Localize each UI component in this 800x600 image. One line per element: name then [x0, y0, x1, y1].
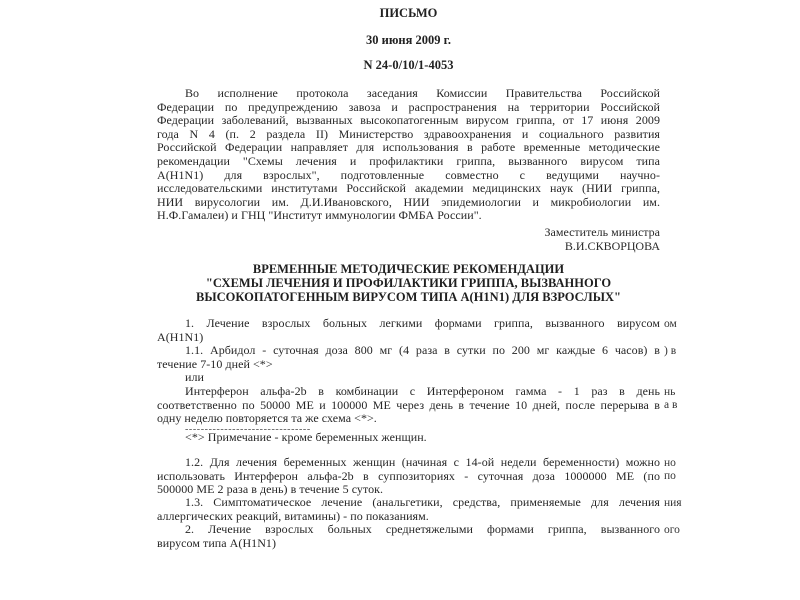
section-line: использовать Интерферон альфа-2b в суппо…	[157, 470, 660, 484]
section-line: 1. Лечение взрослых больных легкими форм…	[157, 317, 660, 331]
title-line: ВРЕМЕННЫЕ МЕТОДИЧЕСКИЕ РЕКОМЕНДАЦИИ	[157, 262, 660, 276]
intro-line: A(H1N1) для взрослых", подготовленные со…	[157, 169, 660, 183]
or-label: или	[157, 371, 660, 385]
overflow-fragment: по	[664, 470, 676, 482]
interferon-paragraph: Интерферон альфа-2b в комбинации с Интер…	[157, 385, 660, 426]
intro-line: Во исполнение протокола заседания Комисс…	[157, 87, 660, 101]
title-line: "СХЕМЫ ЛЕЧЕНИЯ И ПРОФИЛАКТИКИ ГРИППА, ВЫ…	[157, 276, 660, 290]
section-line: 1.1. Арбидол - суточная доза 800 мг (4 р…	[157, 344, 660, 358]
signature-position: Заместитель министра	[157, 226, 660, 240]
intro-line: Федерации по предупреждению завоза и рас…	[157, 101, 660, 115]
intro-line: Федерации заболеваний, вызванных высокоп…	[157, 114, 660, 128]
section-line: течение 7-10 дней <*>	[157, 358, 660, 372]
intro-line: НИИ вирусологии им. Д.И.Ивановского, НИИ…	[157, 196, 660, 210]
overflow-fragment: а в	[664, 399, 677, 411]
overflow-fragment: ого	[664, 524, 680, 536]
title-line: ВЫСОКОПАТОГЕННЫМ ВИРУСОМ ТИПА A(H1N1) ДЛ…	[157, 290, 660, 304]
section-line: 1.3. Симптоматическое лечение (анальгети…	[157, 496, 660, 510]
or-text: или	[157, 371, 660, 385]
intro-line: Российской Федерации направляет для испо…	[157, 141, 660, 155]
intro-line: Н.Ф.Гамалеи) и ГНЦ "Институт иммунологии…	[157, 209, 660, 223]
intro-line: исследовательскими институтами Российско…	[157, 182, 660, 196]
section-1-1: 1.1. Арбидол - суточная доза 800 мг (4 р…	[157, 344, 660, 371]
document-type-heading: ПИСЬМО	[157, 6, 660, 21]
section-line: вирусом типа A(H1N1)	[157, 537, 660, 551]
overflow-fragment: но	[664, 457, 676, 469]
section-line: Интерферон альфа-2b в комбинации с Интер…	[157, 385, 660, 399]
intro-line: рекомендации "Схемы лечения и профилакти…	[157, 155, 660, 169]
overflow-fragment: нь	[664, 386, 675, 398]
section-line: соответственно по 50000 МЕ и 100000 МЕ ч…	[157, 399, 660, 413]
section-2: 2. Лечение взрослых больных среднетяжелы…	[157, 523, 660, 550]
section-1: 1. Лечение взрослых больных легкими форм…	[157, 317, 660, 344]
document-number: N 24-0/10/1-4053	[157, 58, 660, 73]
overflow-fragment: ом	[664, 318, 677, 330]
document-date: 30 июня 2009 г.	[157, 33, 660, 48]
signature-name: В.И.СКВОРЦОВА	[157, 240, 660, 254]
recommendations-title: ВРЕМЕННЫЕ МЕТОДИЧЕСКИЕ РЕКОМЕНДАЦИИ "СХЕ…	[157, 262, 660, 304]
footnote: <*> Примечание - кроме беременных женщин…	[157, 431, 660, 445]
intro-paragraph: Во исполнение протокола заседания Комисс…	[157, 87, 660, 223]
section-line: 2. Лечение взрослых больных среднетяжелы…	[157, 523, 660, 537]
intro-line: года N 4 (п. 2 раздела II) Министерство …	[157, 128, 660, 142]
overflow-fragment: ) в	[664, 345, 676, 357]
signature-block: Заместитель министра В.И.СКВОРЦОВА	[157, 226, 660, 253]
section-1-2: 1.2. Для лечения беременных женщин (начи…	[157, 456, 660, 497]
footnote-text: <*> Примечание - кроме беременных женщин…	[157, 431, 660, 445]
section-1-3: 1.3. Симптоматическое лечение (анальгети…	[157, 496, 660, 523]
scanned-document-page: ПИСЬМО 30 июня 2009 г. N 24-0/10/1-4053 …	[0, 0, 800, 600]
overflow-fragment: ния	[664, 497, 682, 509]
section-line: 1.2. Для лечения беременных женщин (начи…	[157, 456, 660, 470]
